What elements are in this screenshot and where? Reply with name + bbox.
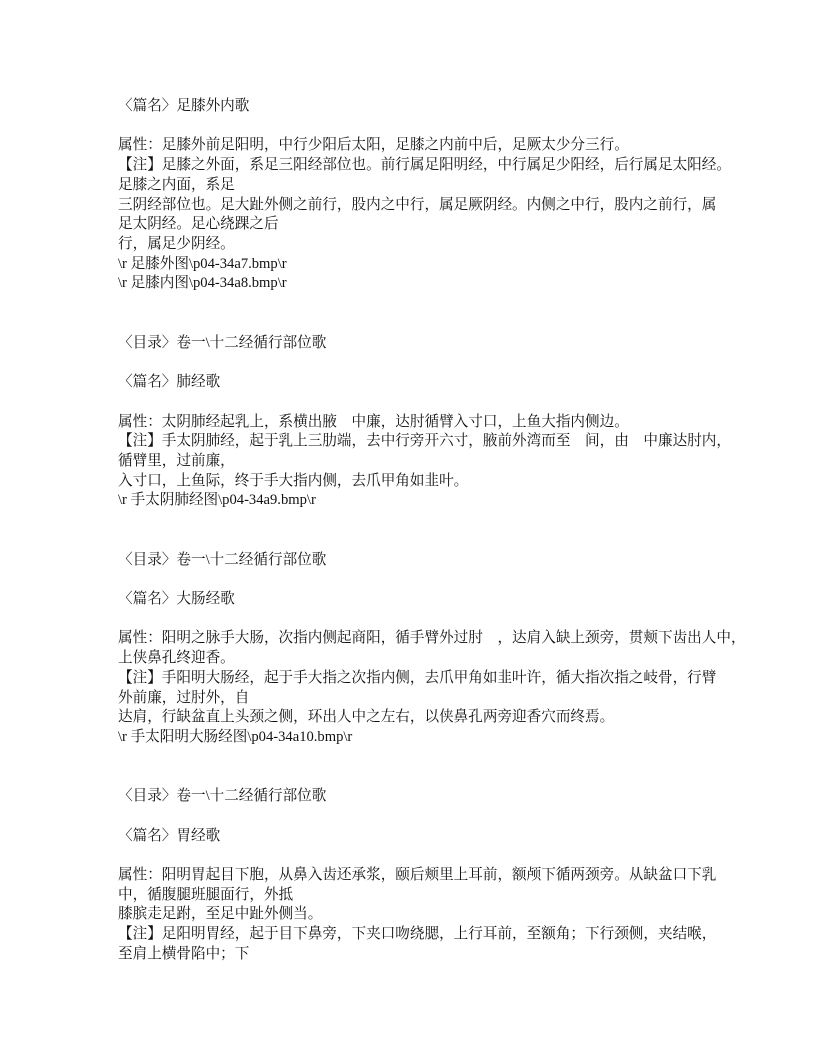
blank-line — [118, 531, 766, 551]
blank-line — [118, 570, 766, 590]
text-line: 〈篇名〉足膝外内歌 — [118, 97, 766, 117]
text-line: 〈目录〉卷一\十二经循行部位歌 — [118, 787, 766, 807]
blank-line — [118, 393, 766, 413]
text-line: 【注】手阳明大肠经，起于手大指之次指内侧，去爪甲角如韭叶许，循大指次指之岐骨，行… — [118, 669, 766, 689]
blank-line — [118, 807, 766, 827]
text-line: 足膝之内面，系足 — [118, 176, 766, 196]
text-line: 属性：足膝外前足阳明，中行少阳后太阳，足膝之内前中后，足厥太少分三行。 — [118, 136, 766, 156]
text-line: 中，循腹腿班腿面行，外抵 — [118, 886, 766, 906]
blank-line — [118, 846, 766, 866]
text-line: 循臂里，过前廉， — [118, 452, 766, 472]
blank-line — [118, 610, 766, 630]
text-line: 〈目录〉卷一\十二经循行部位歌 — [118, 551, 766, 571]
text-line: 行，属足少阴经。 — [118, 235, 766, 255]
text-line: 【注】足阳明胃经，起于目下鼻旁，下夹口吻绕腮，上行耳前，至额角；下行颈侧，夹结喉… — [118, 925, 766, 945]
blank-line — [118, 294, 766, 314]
blank-line — [118, 511, 766, 531]
text-line: 膝膑走足跗，至足中趾外侧当。 — [118, 905, 766, 925]
text-line: 属性：阳明胃起目下胞，从鼻入齿还承浆，颐后颊里上耳前，额颅下循两颈旁。从缺盆口下… — [118, 866, 766, 886]
blank-line — [118, 767, 766, 787]
text-line: 外前廉，过肘外，自 — [118, 689, 766, 709]
text-line: 〈篇名〉胃经歌 — [118, 827, 766, 847]
text-line: 三阴经部位也。足大趾外侧之前行，股内之中行，属足厥阴经。内侧之中行，股内之前行，… — [118, 196, 766, 216]
text-line: 【注】足膝之外面，系足三阳经部位也。前行属足阳明经，中行属足少阳经，后行属足太阳… — [118, 156, 766, 176]
text-line: \r 足膝内图\p04-34a8.bmp\r — [118, 274, 766, 294]
text-line: 〈目录〉卷一\十二经循行部位歌 — [118, 334, 766, 354]
blank-line — [118, 748, 766, 768]
text-line: 至肩上横骨陷中；下 — [118, 945, 766, 965]
text-line: 〈篇名〉大肠经歌 — [118, 590, 766, 610]
text-line: 属性：太阴肺经起乳上，系横出腋 中廉，达肘循臂入寸口，上鱼大指内侧边。 — [118, 413, 766, 433]
text-line: 属性：阳明之脉手大肠，次指内侧起商阳，循手臂外过肘 ，达肩入缺上颈旁，贯颊下齿出… — [118, 629, 766, 649]
text-line: \r 足膝外图\p04-34a7.bmp\r — [118, 255, 766, 275]
text-line: 达肩，行缺盆直上头颈之侧，环出人中之左右，以侠鼻孔两旁迎香穴而终焉。 — [118, 708, 766, 728]
document-page: 〈篇名〉足膝外内歌属性：足膝外前足阳明，中行少阳后太阳，足膝之内前中后，足厥太少… — [0, 0, 816, 1056]
text-line: \r 手太阳明大肠经图\p04-34a10.bmp\r — [118, 728, 766, 748]
document-text: 〈篇名〉足膝外内歌属性：足膝外前足阳明，中行少阳后太阳，足膝之内前中后，足厥太少… — [118, 97, 766, 965]
blank-line — [118, 117, 766, 137]
text-line: 【注】手太阴肺经，起于乳上三肋端，去中行旁开六寸，腋前外湾而至 间，由 中廉达肘… — [118, 432, 766, 452]
text-line: 〈篇名〉肺经歌 — [118, 373, 766, 393]
text-line: 入寸口，上鱼际，终于手大指内侧，去爪甲角如韭叶。 — [118, 472, 766, 492]
blank-line — [118, 314, 766, 334]
text-line: 上侠鼻孔终迎香。 — [118, 649, 766, 669]
text-line: 足太阴经。足心绕踝之后 — [118, 215, 766, 235]
text-line: \r 手太阴肺经图\p04-34a9.bmp\r — [118, 491, 766, 511]
blank-line — [118, 353, 766, 373]
